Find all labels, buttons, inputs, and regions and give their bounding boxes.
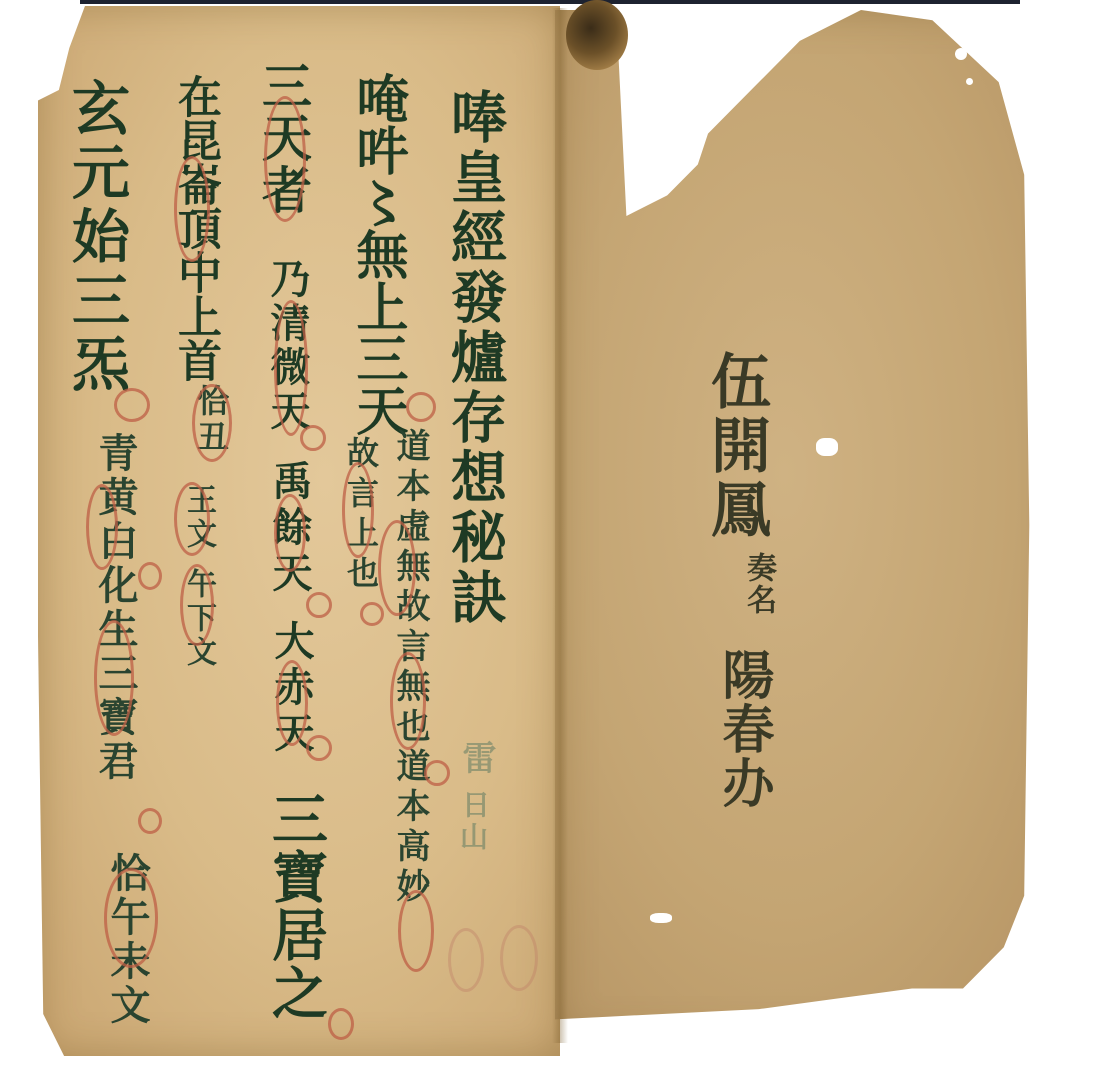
red-punctuation-circle (306, 592, 332, 618)
red-punctuation-circle (306, 735, 332, 761)
ordainee-name: 伍開鳳 (700, 350, 772, 542)
bleed-through-mark: 日 (454, 790, 494, 818)
red-highlight-oval (398, 890, 434, 972)
ordination-name: 陽春办 (712, 648, 774, 810)
red-highlight-oval (274, 494, 306, 572)
red-highlight-oval (276, 660, 308, 746)
paper-hole (650, 913, 672, 923)
red-punctuation-circle (406, 392, 436, 422)
faint-red-circle (448, 928, 484, 992)
red-highlight-oval (174, 156, 210, 262)
red-highlight-oval (378, 520, 416, 616)
column-3-tail: 三寶居之 (262, 790, 330, 1022)
red-punctuation-circle (328, 1008, 354, 1040)
red-punctuation-circle (360, 602, 384, 626)
red-highlight-oval (192, 384, 232, 462)
red-highlight-oval (390, 652, 426, 750)
red-highlight-oval (174, 482, 210, 556)
red-punctuation-circle (300, 425, 326, 451)
red-highlight-oval (94, 620, 134, 736)
paper-hole (966, 78, 973, 85)
column-2-main: 唵吽〻無上三天 (344, 72, 410, 436)
paper-hole (652, 120, 662, 142)
scanner-top-edge (80, 0, 1020, 4)
red-punctuation-circle (114, 388, 150, 422)
bleed-through-mark: 山 (452, 822, 492, 850)
red-punctuation-circle (138, 562, 162, 590)
right-page (555, 10, 1065, 1040)
title-column: 唪皇經發爐存想秘訣 (440, 88, 510, 628)
paper-hole (1016, 80, 1024, 88)
red-highlight-oval (180, 564, 214, 646)
red-punctuation-circle (424, 760, 450, 786)
red-highlight-oval (342, 462, 374, 558)
paper-hole (816, 438, 838, 456)
red-highlight-oval (274, 300, 308, 436)
column-5-main: 玄元始三炁 (60, 78, 132, 398)
bleed-through-mark: 雷 (452, 740, 501, 774)
binding-knot (566, 0, 628, 70)
red-highlight-oval (104, 868, 158, 968)
ordination-name-label: 奏名 (740, 552, 776, 616)
book-spine (552, 8, 568, 1043)
faint-red-circle (500, 925, 538, 991)
red-highlight-oval (264, 96, 306, 222)
red-punctuation-circle (138, 808, 162, 834)
paper-hole (955, 48, 967, 60)
red-highlight-oval (86, 484, 118, 570)
